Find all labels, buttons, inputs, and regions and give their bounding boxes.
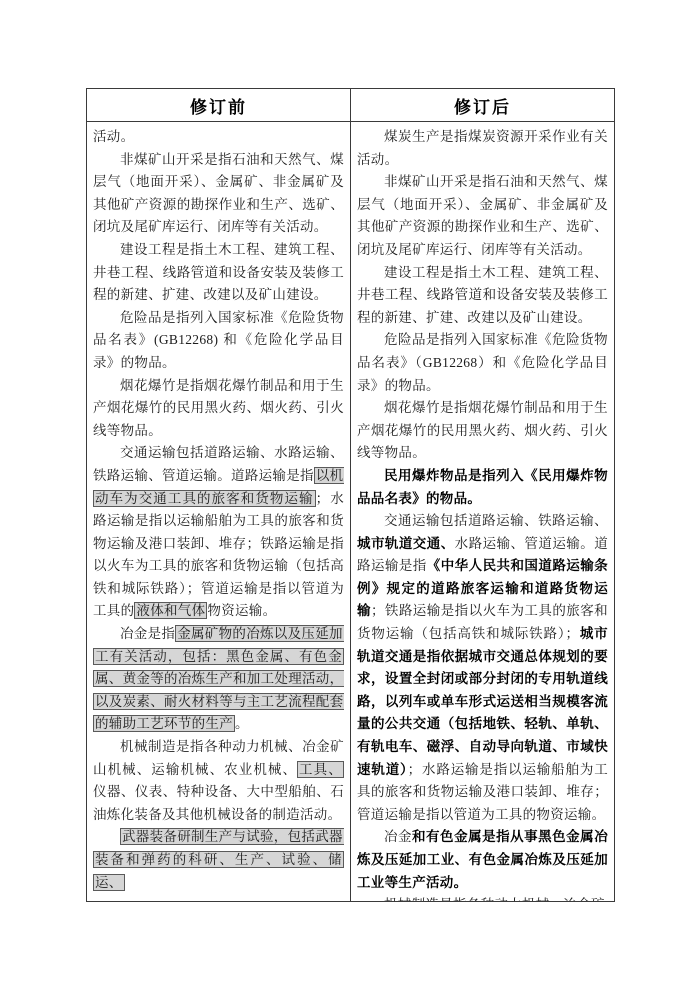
paragraph: 煤炭生产是指煤炭资源开采作业有关活动。	[357, 126, 608, 171]
cell-after: 煤炭生产是指煤炭资源开采作业有关活动。非煤矿山开采是指石油和天然气、煤层气（地面…	[351, 122, 615, 902]
text-run: 。	[235, 716, 249, 731]
added-text: 城市轨道交通、	[357, 536, 455, 551]
paragraph: 武器装备研制生产与试验，包括武器装备和弹药的科研、生产、试验、储运、	[93, 826, 344, 894]
text-run: 机械制造是指各种动力机械、冶金矿	[384, 897, 605, 901]
text-run: 冶金	[384, 829, 412, 844]
text-run: 仪器、仪表、特种设备、大中型船舶、石油炼化装备及其他机械设备的制造活动。	[93, 784, 344, 822]
deleted-text: 工具、	[297, 761, 344, 778]
text-run: 烟花爆竹是指烟花爆竹制品和用于生产烟花爆竹的民用黑火药、烟火药、引火线等物品。	[93, 378, 344, 438]
table-body-row: 活动。非煤矿山开采是指石油和天然气、煤层气（地面开采）、金属矿、非金属矿及其他矿…	[87, 122, 615, 902]
cell-before: 活动。非煤矿山开采是指石油和天然气、煤层气（地面开采）、金属矿、非金属矿及其他矿…	[87, 122, 351, 902]
deleted-text: 液体和气体	[134, 602, 207, 619]
text-run: 交通运输包括道路运输、水路运输、铁路运输、管道运输。道路运输是指	[93, 445, 344, 483]
text-run: 煤炭生产是指煤炭资源开采作业有关活动。	[357, 129, 608, 167]
column-header-before: 修订前	[87, 89, 351, 122]
text-run: 危险品是指列入国家标准《危险货物品名表》(GB12268) 和《危险化学品目录》…	[93, 310, 344, 370]
paragraph: 危险品是指列入国家标准《危险货物品名表》(GB12268) 和《危险化学品目录》…	[93, 307, 344, 375]
text-run: 建设工程是指土木工程、建筑工程、井巷工程、线路管道和设备安装及装修工程的新建、扩…	[93, 242, 344, 302]
paragraph: 活动。	[93, 126, 344, 149]
text-run: ；水路运输是指以运输船舶为工具的旅客和货物运输及港口装卸、堆存；铁路运输是指以火…	[93, 491, 344, 619]
paragraph: 非煤矿山开采是指石油和天然气、煤层气（地面开采）、金属矿、非金属矿及其他矿产资源…	[357, 171, 608, 261]
column-after-content: 煤炭生产是指煤炭资源开采作业有关活动。非煤矿山开采是指石油和天然气、煤层气（地面…	[357, 126, 608, 901]
paragraph: 冶金和有色金属是指从事黑色金属冶炼及压延加工业、有色金属冶炼及压延加工业等生产活…	[357, 826, 608, 894]
text-run: 交通运输包括道路运输、铁路运输、	[384, 513, 608, 528]
paragraph: 交通运输包括道路运输、铁路运输、城市轨道交通、水路运输、管道运输。道路运输是指《…	[357, 510, 608, 826]
deleted-text: 武器装备研制生产与试验，包括武器装备和弹药的科研、生产、试验、储运、	[93, 828, 344, 890]
paragraph: 危险品是指列入国家标准《危险货物品名表》（GB12268）和《危险化学品目录》的…	[357, 329, 608, 397]
paragraph: 机械制造是指各种动力机械、冶金矿山机械、运输机械、农业机械、工具、仪器、仪表、特…	[93, 736, 344, 826]
document-page: 修订前 修订后 活动。非煤矿山开采是指石油和天然气、煤层气（地面开采）、金属矿、…	[0, 0, 700, 990]
column-header-after: 修订后	[351, 89, 615, 122]
paragraph: 机械制造是指各种动力机械、冶金矿	[357, 894, 608, 901]
text-run: ；铁路运输是指以火车为工具的旅客和货物运输（包括高铁和城际铁路）；	[357, 603, 608, 641]
table-header-row: 修订前 修订后	[87, 89, 615, 122]
deleted-text: 金属矿物的冶炼以及压延加工有关活动，包括：黑色金属、有色金属、黄金等的冶炼生产和…	[93, 625, 344, 732]
paragraph: 建设工程是指土木工程、建筑工程、井巷工程、线路管道和设备安装及装修工程的新建、扩…	[357, 262, 608, 330]
text-run: 建设工程是指土木工程、建筑工程、井巷工程、线路管道和设备安装及装修工程的新建、扩…	[357, 265, 608, 325]
paragraph: 非煤矿山开采是指石油和天然气、煤层气（地面开采）、金属矿、非金属矿及其他矿产资源…	[93, 149, 344, 239]
added-text: 民用爆炸物品是指列入《民用爆炸物品品名表》的物品。	[357, 468, 608, 506]
paragraph: 交通运输包括道路运输、水路运输、铁路运输、管道运输。道路运输是指以机动车为交通工…	[93, 442, 344, 623]
text-run: 物资运输。	[207, 603, 276, 618]
text-run: 非煤矿山开采是指石油和天然气、煤层气（地面开采）、金属矿、非金属矿及其他矿产资源…	[93, 152, 344, 235]
paragraph: 民用爆炸物品是指列入《民用爆炸物品品名表》的物品。	[357, 465, 608, 510]
added-text: 城市轨道交通是指依据城市交通总体规划的要求，设置全封闭或部分封闭的专用轨道线路，…	[357, 626, 608, 777]
text-run: 活动。	[93, 129, 134, 144]
column-before-content: 活动。非煤矿山开采是指石油和天然气、煤层气（地面开采）、金属矿、非金属矿及其他矿…	[93, 126, 344, 901]
text-run: 冶金是指	[120, 626, 175, 641]
paragraph: 建设工程是指土木工程、建筑工程、井巷工程、线路管道和设备安装及装修工程的新建、扩…	[93, 239, 344, 307]
paragraph: 烟花爆竹是指烟花爆竹制品和用于生产烟花爆竹的民用黑火药、烟火药、引火线等物品。	[93, 375, 344, 443]
paragraph: 烟花爆竹是指烟花爆竹制品和用于生产烟花爆竹的民用黑火药、烟火药、引火线等物品。	[357, 397, 608, 465]
revision-comparison-table: 修订前 修订后 活动。非煤矿山开采是指石油和天然气、煤层气（地面开采）、金属矿、…	[86, 88, 615, 902]
text-run: 烟花爆竹是指烟花爆竹制品和用于生产烟花爆竹的民用黑火药、烟火药、引火线等物品。	[357, 400, 608, 460]
text-run: 非煤矿山开采是指石油和天然气、煤层气（地面开采）、金属矿、非金属矿及其他矿产资源…	[357, 174, 608, 257]
text-run: 危险品是指列入国家标准《危险货物品名表》（GB12268）和《危险化学品目录》的…	[357, 332, 608, 392]
paragraph: 冶金是指金属矿物的冶炼以及压延加工有关活动，包括：黑色金属、有色金属、黄金等的冶…	[93, 623, 344, 736]
